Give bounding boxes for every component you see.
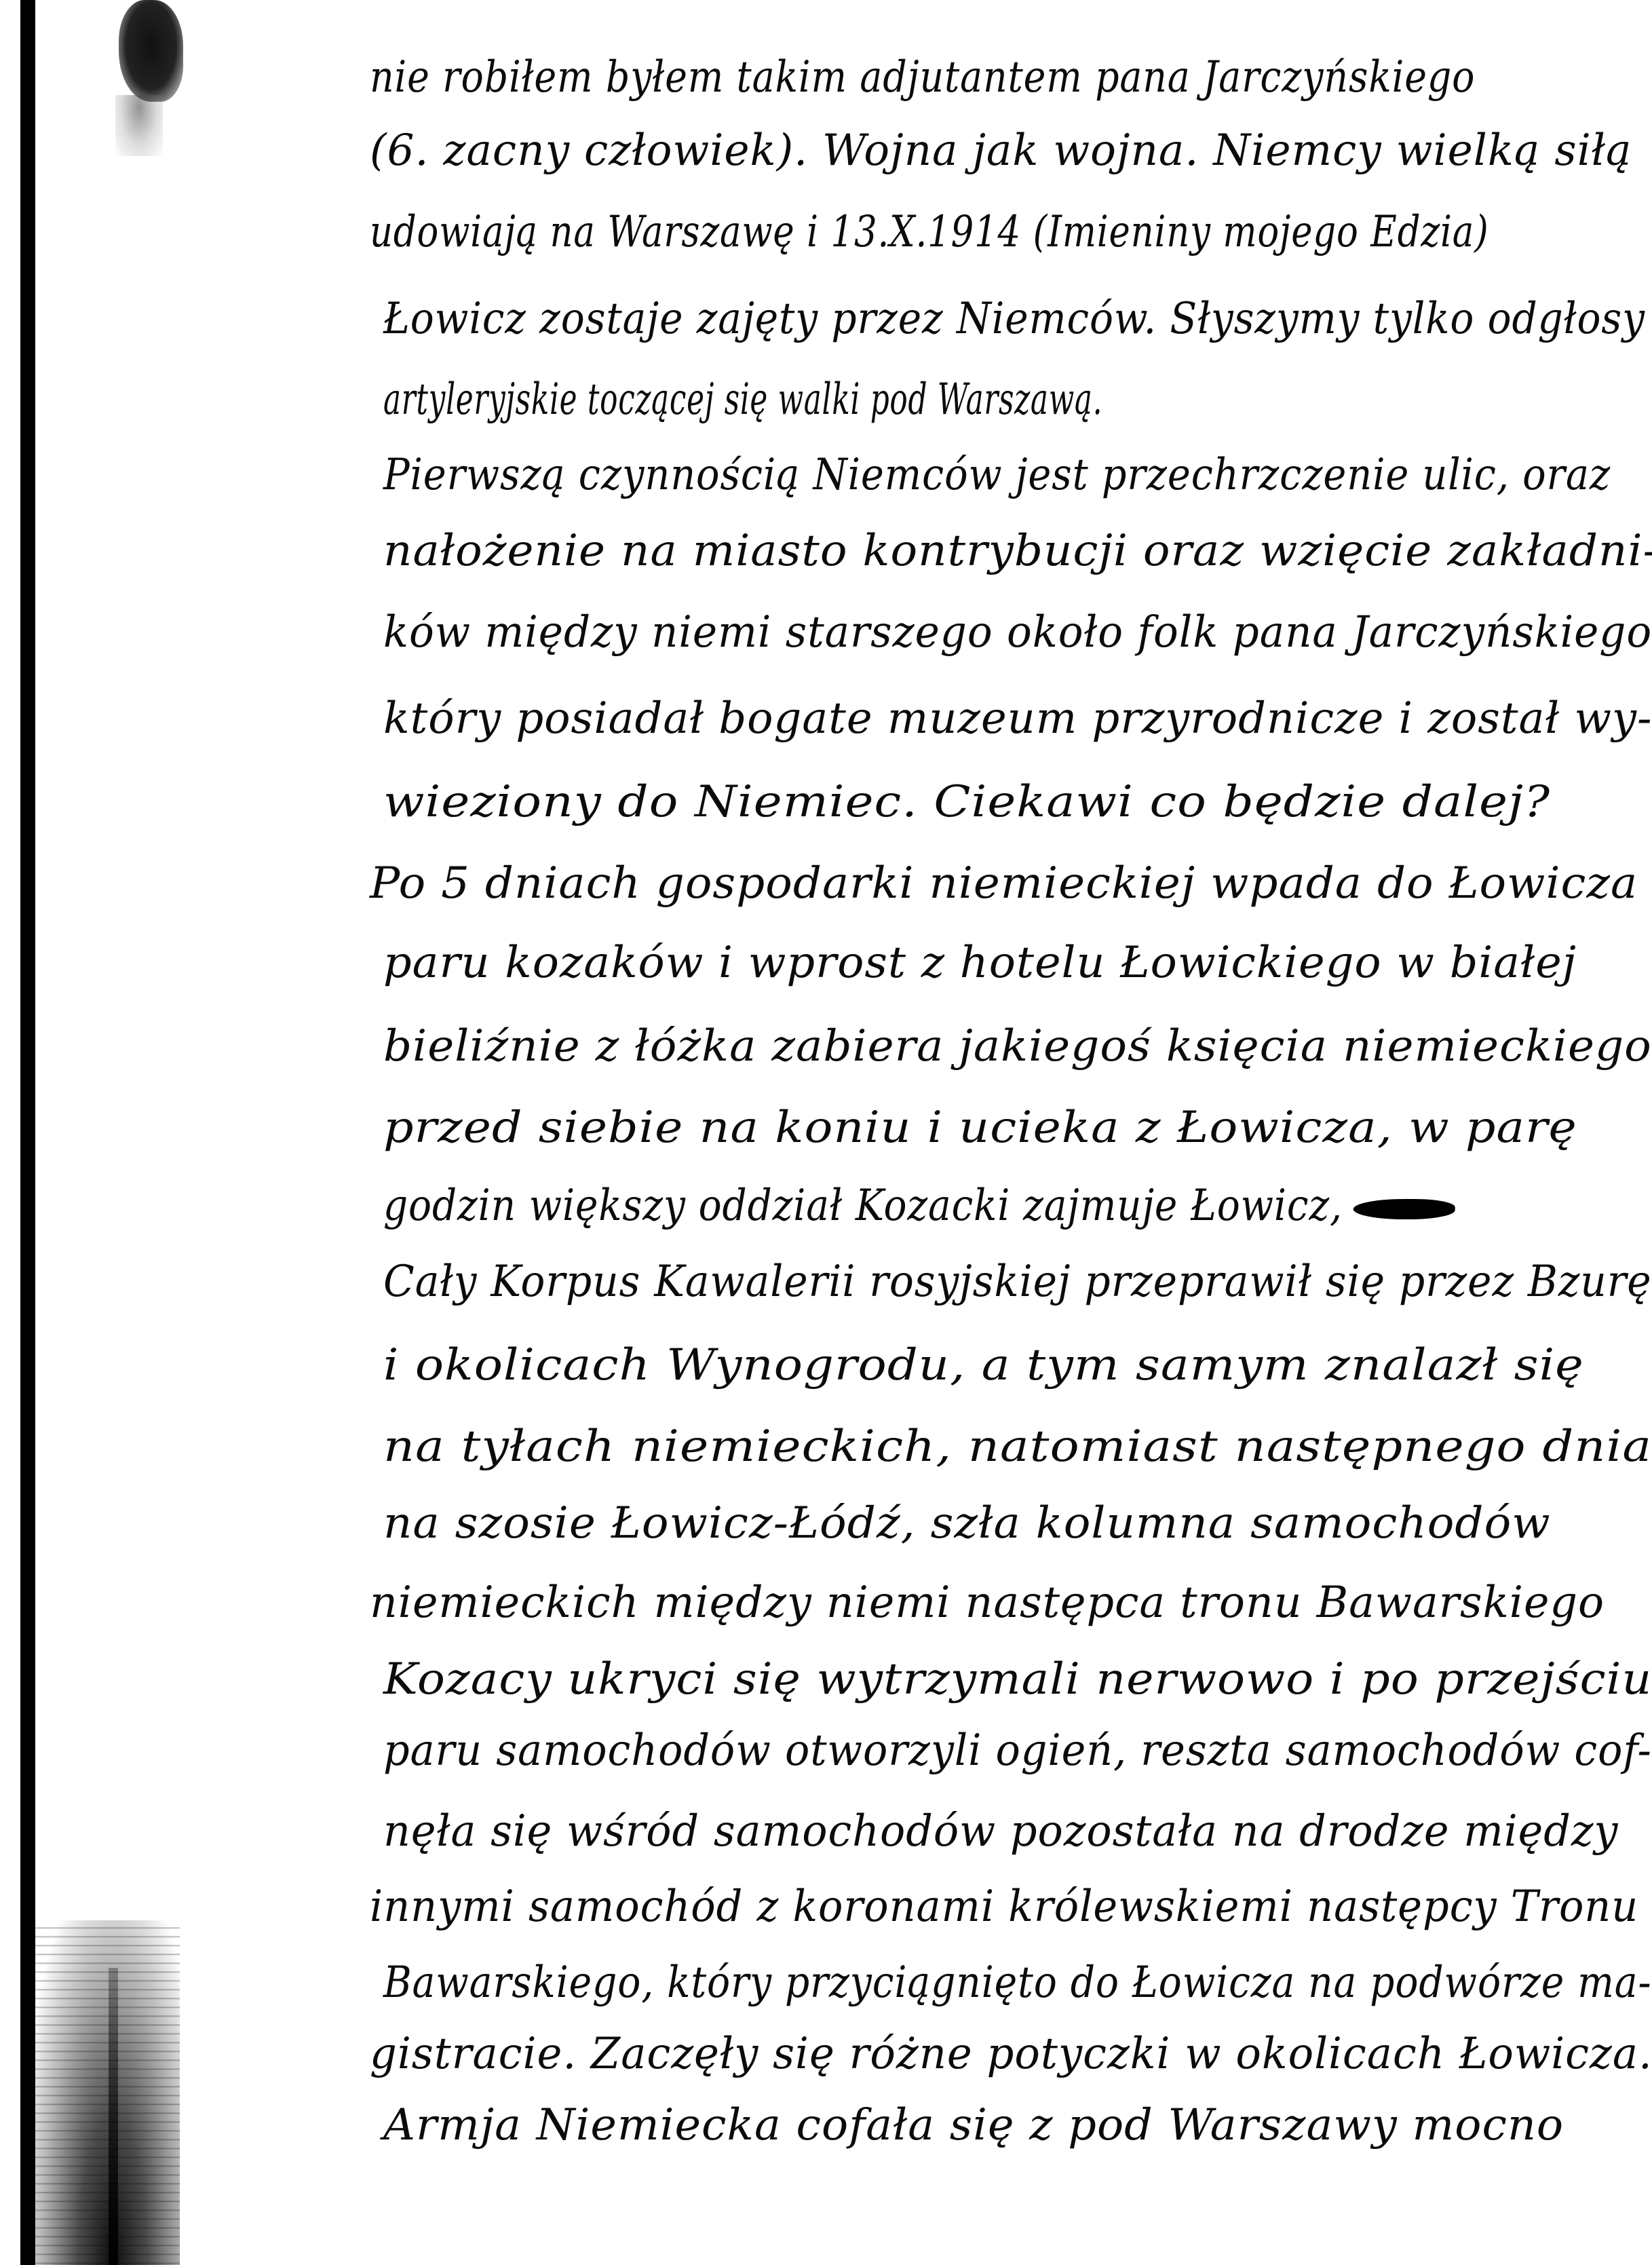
- line-text: niemieckich między niemi następca tronu …: [370, 1578, 1605, 1628]
- text-line: wieziony do Niemiec. Ciekawi co będzie d…: [383, 780, 1550, 824]
- line-text: paru samochodów otworzyli ogień, reszta …: [383, 1726, 1652, 1776]
- line-text: nie robiłem byłem takim adjutantem pana …: [370, 52, 1475, 102]
- text-line: przed siebie na koniu i ucieka z Łowicza…: [383, 1106, 1577, 1149]
- text-line: Pierwszą czynnością Niemców jest przechr…: [383, 453, 1611, 497]
- text-line: innymi samochód z koronami królewskiemi …: [370, 1885, 1638, 1928]
- line-text: innymi samochód z koronami królewskiemi …: [370, 1882, 1638, 1932]
- line-text: ków między niemi starszego około folk pa…: [383, 607, 1652, 658]
- text-line: nałożenie na miasto kontrybucji oraz wzi…: [383, 529, 1652, 573]
- line-text: wieziony do Niemiec. Ciekawi co będzie d…: [383, 777, 1550, 827]
- text-line: na szosie Łowicz-Łódź, szła kolumna samo…: [383, 1502, 1551, 1545]
- text-line: który posiadał bogate muzeum przyrodnicz…: [383, 697, 1652, 740]
- line-text: godzin większy oddział Kozacki zajmuje Ł…: [383, 1181, 1343, 1231]
- text-line: artyleryjskie toczącej się walki pod War…: [383, 378, 1102, 421]
- line-text: i okolicach Wynogrodu, a tym samym znala…: [383, 1340, 1584, 1390]
- line-text: Pierwszą czynnością Niemców jest przechr…: [383, 450, 1611, 500]
- text-line: gistracie. Zaczęły się różne potyczki w …: [370, 2032, 1652, 2076]
- manuscript-page: nie robiłem byłem takim adjutantem pana …: [0, 0, 1652, 2265]
- struck-out-word: [1353, 1199, 1455, 1219]
- line-text: przed siebie na koniu i ucieka z Łowicza…: [383, 1103, 1577, 1153]
- line-text: Po 5 dniach gospodarki niemieckiej wpada…: [370, 858, 1638, 909]
- line-text: artyleryjskie toczącej się walki pod War…: [383, 375, 1102, 425]
- line-text: na tyłach niemieckich, natomiast następn…: [383, 1422, 1652, 1472]
- line-text: gistracie. Zaczęły się różne potyczki w …: [370, 2029, 1652, 2079]
- text-line: Armja Niemiecka cofała się z pod Warszaw…: [383, 2104, 1564, 2147]
- text-line: Cały Korpus Kawalerii rosyjskiej przepra…: [383, 1260, 1652, 1303]
- line-text: bieliźnie z łóżka zabiera jakiegoś księc…: [383, 1021, 1652, 1071]
- line-text: który posiadał bogate muzeum przyrodnicz…: [383, 693, 1652, 744]
- text-line: niemieckich między niemi następca tronu …: [370, 1581, 1605, 1624]
- line-text: nęła się wśród samochodów pozostała na d…: [383, 1806, 1619, 1857]
- handwritten-text-body: nie robiłem byłem takim adjutantem pana …: [0, 0, 1652, 2265]
- text-line: nie robiłem byłem takim adjutantem pana …: [370, 56, 1475, 99]
- line-text: na szosie Łowicz-Łódź, szła kolumna samo…: [383, 1498, 1551, 1548]
- text-line: ków między niemi starszego około folk pa…: [383, 611, 1652, 654]
- text-line: Bawarskiego, który przyciągnięto do Łowi…: [383, 1961, 1651, 2004]
- line-text: Łowicz zostaje zajęty przez Niemców. Sły…: [383, 294, 1645, 344]
- text-line: nęła się wśród samochodów pozostała na d…: [383, 1810, 1619, 1853]
- text-line: Kozacy ukryci się wytrzymali nerwowo i p…: [383, 1658, 1652, 1701]
- line-text: Cały Korpus Kawalerii rosyjskiej przepra…: [383, 1257, 1652, 1307]
- text-line: paru kozaków i wprost z hotelu Łowickieg…: [383, 941, 1577, 985]
- text-line: Łowicz zostaje zajęty przez Niemców. Sły…: [383, 297, 1645, 341]
- line-text: Bawarskiego, który przyciągnięto do Łowi…: [383, 1958, 1651, 2008]
- text-line: i okolicach Wynogrodu, a tym samym znala…: [383, 1344, 1584, 1387]
- text-line: udowiają na Warszawę i 13.X.1914 (Imieni…: [370, 210, 1489, 254]
- text-line: bieliźnie z łóżka zabiera jakiegoś księc…: [383, 1025, 1652, 1068]
- line-text: udowiają na Warszawę i 13.X.1914 (Imieni…: [370, 207, 1489, 257]
- line-text: Kozacy ukryci się wytrzymali nerwowo i p…: [383, 1654, 1652, 1705]
- line-text: (6. zacny człowiek). Wojna jak wojna. Ni…: [370, 126, 1632, 176]
- line-text: Armja Niemiecka cofała się z pod Warszaw…: [383, 2100, 1564, 2150]
- text-line: godzin większy oddział Kozacki zajmuje Ł…: [383, 1184, 1455, 1227]
- line-text: paru kozaków i wprost z hotelu Łowickieg…: [383, 938, 1577, 988]
- text-line: na tyłach niemieckich, natomiast następn…: [383, 1425, 1652, 1468]
- text-line: paru samochodów otworzyli ogień, reszta …: [383, 1729, 1652, 1772]
- text-line: Po 5 dniach gospodarki niemieckiej wpada…: [370, 862, 1638, 905]
- text-line: (6. zacny człowiek). Wojna jak wojna. Ni…: [370, 129, 1632, 172]
- line-text: nałożenie na miasto kontrybucji oraz wzi…: [383, 526, 1652, 576]
